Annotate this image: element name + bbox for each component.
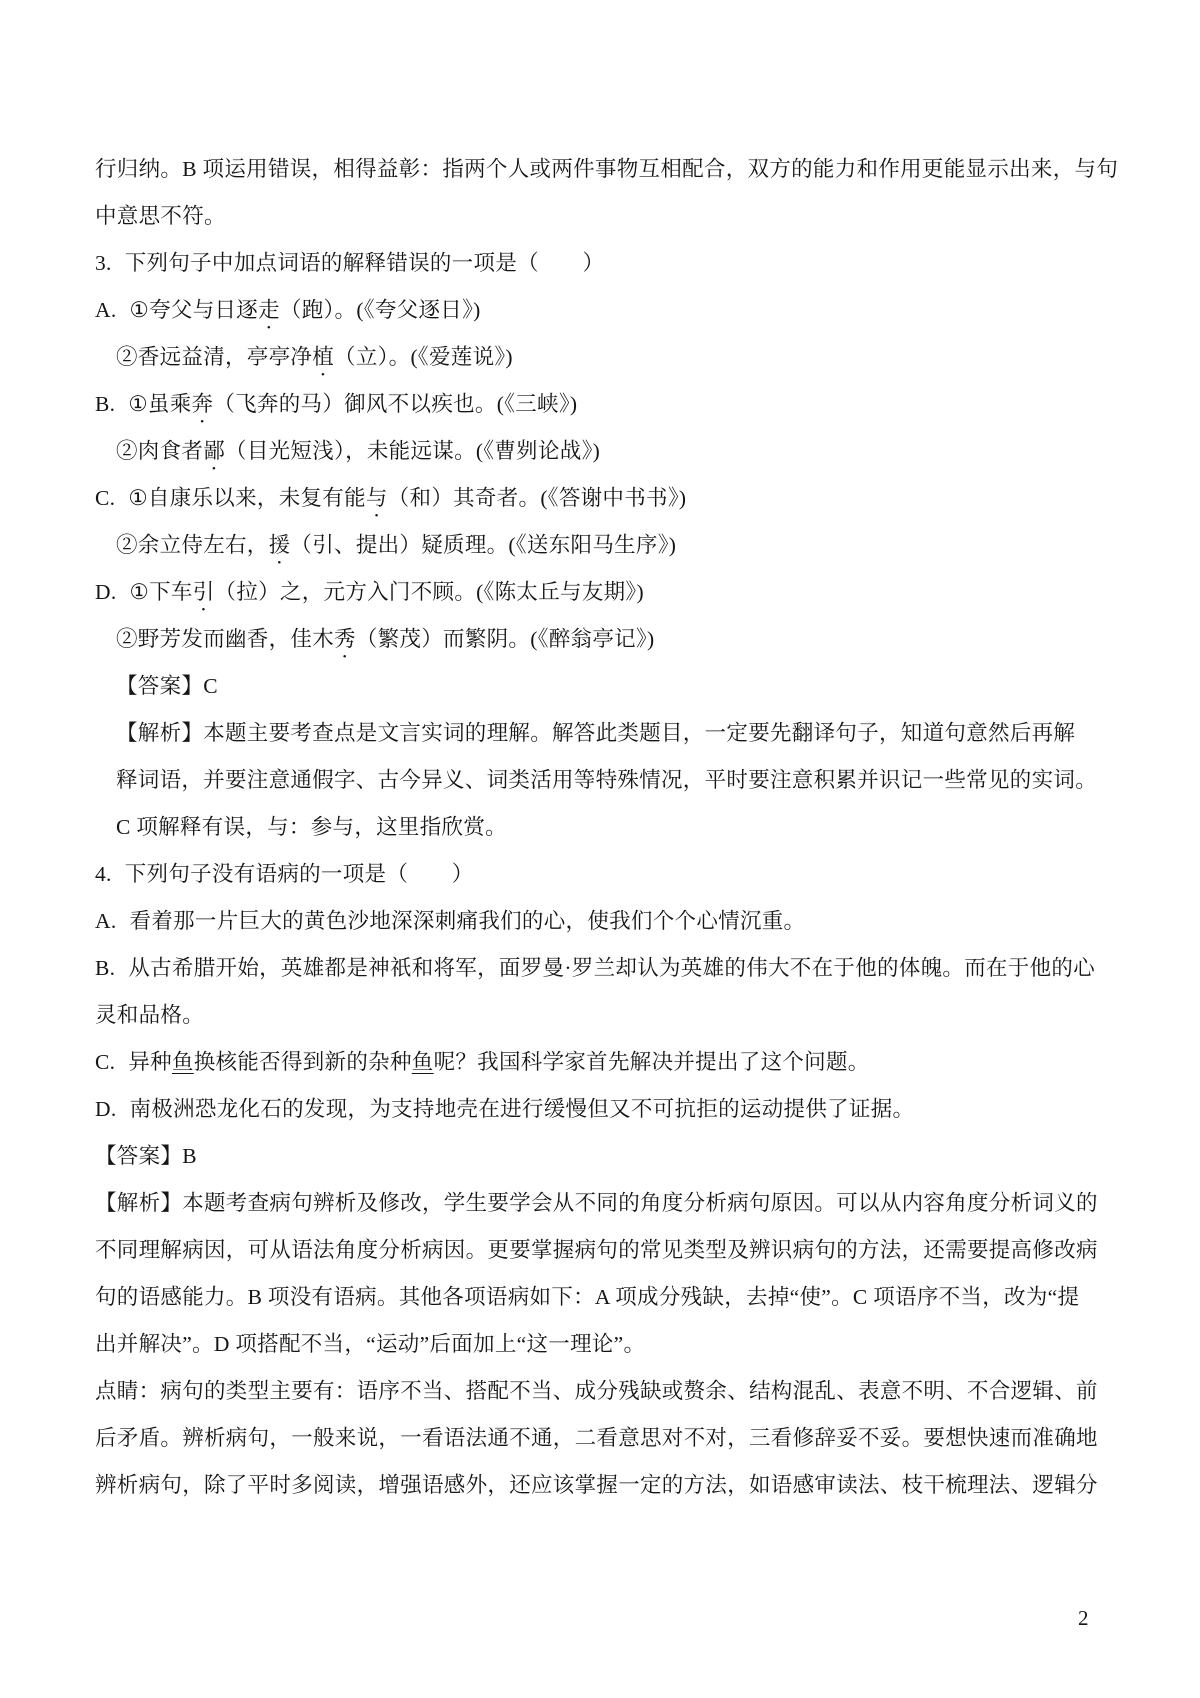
text-segment: ②野芳发而幽香，佳木 [116,627,334,651]
emphasis-dot-word: 秀 [334,627,356,651]
text-segment: 从古希腊开始，英雄都是神祇和将军，面罗曼·罗兰却认为英雄的伟大不在于他的体魄。而… [128,956,1095,980]
text-line: 【解析】本题考查病句辨析及修改，学生要学会从不同的角度分析病句原因。可以从内容角… [95,1180,1125,1227]
item-label: A. [95,909,117,933]
text-segment: 下列句子中加点词语的解释错误的一项是（ ） [125,251,605,275]
text-line: D.南极洲恐龙化石的发现，为支持地壳在进行缓慢但又不可抗拒的运动提供了证据。 [95,1086,1125,1133]
emphasis-dot-word: 与 [366,486,388,510]
item-label: C. [95,486,115,510]
text-segment: ①夸父与日逐 [130,298,259,322]
text-line: ②余立侍左右，援（引、提出）疑质理。(《送东阳马生序》) [95,522,1125,569]
item-label: 4. [95,862,112,886]
text-line: C.异种鱼换核能否得到新的杂种鱼呢？我国科学家首先解决并提出了这个问题。 [95,1039,1125,1086]
text-segment: 不同理解病因，可从语法角度分析病因。更要掌握病句的常见类型及辨识病句的方法，还需… [95,1238,1098,1262]
text-segment: 句的语感能力。B 项没有语病。其他各项语病如下：A 项成分残缺，去掉“使”。C … [95,1285,1079,1309]
text-segment: （繁茂）而繁阴。(《醉翁亭记》) [356,627,655,651]
text-line: 灵和品格。 [95,992,1125,1039]
item-label: A. [95,298,117,322]
emphasis-dot-word: 引 [193,580,215,604]
text-segment: ①虽乘 [128,392,191,416]
item-label: 3. [95,251,112,275]
text-segment: 下列句子没有语病的一项是（ ） [125,862,474,886]
text-segment: C 项解释有误，与：参与，这里指欣赏。 [116,815,507,839]
text-segment: 【解析】本题主要考查点是文言实词的理解。解答此类题目，一定要先翻译句子，知道句意… [116,721,1075,745]
text-segment: 后矛盾。辨析病句，一般来说，一看语法通不通，二看意思对不对，三看修辞妥不妥。要想… [95,1426,1098,1450]
text-line: 【解析】本题主要考查点是文言实词的理解。解答此类题目，一定要先翻译句子，知道句意… [95,710,1125,757]
text-line: 3.下列句子中加点词语的解释错误的一项是（ ） [95,240,1125,287]
text-line: 4.下列句子没有语病的一项是（ ） [95,851,1125,898]
text-segment: 南极洲恐龙化石的发现，为支持地壳在进行缓慢但又不可抗拒的运动提供了证据。 [130,1097,915,1121]
text-segment: 中意思不符。 [95,204,226,228]
underlined-word: 鱼 [172,1050,194,1074]
text-segment: 释词语，并要注意通假字、古今异义、词类活用等特殊情况，平时要注意积累并识记一些常… [116,768,1097,792]
text-segment: 【解析】本题考查病句辨析及修改，学生要学会从不同的角度分析病句原因。可以从内容角… [95,1191,1098,1215]
emphasis-dot-word: 走 [258,298,280,322]
text-line: 后矛盾。辨析病句，一般来说，一看语法通不通，二看意思对不对，三看修辞妥不妥。要想… [95,1415,1125,1462]
emphasis-dot-word: 援 [269,533,291,557]
text-line: 不同理解病因，可从语法角度分析病因。更要掌握病句的常见类型及辨识病句的方法，还需… [95,1227,1125,1274]
text-segment: （和）其奇者。(《答谢中书书》) [388,486,687,510]
text-line: 【答案】B [95,1133,1125,1180]
text-line: D.①下车引（拉）之，元方入门不顾。(《陈太丘与友期》) [95,569,1125,616]
emphasis-dot-word: 鄙 [203,439,225,463]
text-segment: （拉）之，元方入门不顾。(《陈太丘与友期》) [215,580,644,604]
text-line: 中意思不符。 [95,193,1125,240]
text-line: ②肉食者鄙（目光短浅），未能远谋。(《曹刿论战》) [95,428,1125,475]
text-segment: 行归纳。B 项运用错误，相得益彰：指两个人或两件事物互相配合，双方的能力和作用更… [95,157,1118,181]
text-segment: 出并解决”。D 项搭配不当，“运动”后面加上“这一理论”。 [95,1332,645,1356]
text-line: C 项解释有误，与：参与，这里指欣赏。 [95,804,1125,851]
text-line: 【答案】C [95,663,1125,710]
text-line: 点睛：病句的类型主要有：语序不当、搭配不当、成分残缺或赘余、结构混乱、表意不明、… [95,1368,1125,1415]
text-segment: 【答案】C [116,674,218,698]
text-segment: 点睛：病句的类型主要有：语序不当、搭配不当、成分残缺或赘余、结构混乱、表意不明、… [95,1379,1098,1403]
text-segment: ①下车 [130,580,193,604]
text-line: B.从古希腊开始，英雄都是神祇和将军，面罗曼·罗兰却认为英雄的伟大不在于他的体魄… [95,945,1125,992]
text-line: 句的语感能力。B 项没有语病。其他各项语病如下：A 项成分残缺，去掉“使”。C … [95,1274,1125,1321]
text-segment: ②肉食者 [116,439,203,463]
document-body: 行归纳。B 项运用错误，相得益彰：指两个人或两件事物互相配合，双方的能力和作用更… [95,146,1125,1509]
emphasis-dot-word: 奔 [192,392,214,416]
item-label: D. [95,1097,117,1121]
text-segment: 灵和品格。 [95,1003,204,1027]
text-line: B.①虽乘奔（飞奔的马）御风不以疾也。(《三峡》) [95,381,1125,428]
page-number: 2 [1078,1598,1089,1638]
text-line: 释词语，并要注意通假字、古今异义、词类活用等特殊情况，平时要注意积累并识记一些常… [95,757,1125,804]
text-segment: 【答案】B [95,1144,197,1168]
text-line: A.①夸父与日逐走（跑）。(《夸父逐日》) [95,287,1125,334]
emphasis-dot-word: 植 [312,345,334,369]
text-line: ②香远益清，亭亭净植（立）。(《爱莲说》) [95,334,1125,381]
text-segment: （引、提出）疑质理。(《送东阳马生序》) [290,533,676,557]
text-line: ②野芳发而幽香，佳木秀（繁茂）而繁阴。(《醉翁亭记》) [95,616,1125,663]
text-line: C.①自康乐以来，未复有能与（和）其奇者。(《答谢中书书》) [95,475,1125,522]
text-segment: （跑）。(《夸父逐日》) [280,298,481,322]
text-segment: 看着那一片巨大的黄色沙地深深刺痛我们的心，使我们个个心情沉重。 [130,909,806,933]
text-segment: 异种 [128,1050,172,1074]
text-line: 出并解决”。D 项搭配不当，“运动”后面加上“这一理论”。 [95,1321,1125,1368]
text-line: 辨析病句，除了平时多阅读，增强语感外，还应该掌握一定的方法，如语感审读法、枝干梳… [95,1462,1125,1509]
text-segment: 呢？我国科学家首先解决并提出了这个问题。 [434,1050,870,1074]
text-segment: （目光短浅），未能远谋。(《曹刿论战》) [225,439,600,463]
exam-page: 行归纳。B 项运用错误，相得益彰：指两个人或两件事物互相配合，双方的能力和作用更… [0,0,1200,1698]
text-segment: （飞奔的马）御风不以疾也。(《三峡》) [213,392,577,416]
text-segment: ②余立侍左右， [116,533,269,557]
text-segment: 辨析病句，除了平时多阅读，增强语感外，还应该掌握一定的方法，如语感审读法、枝干梳… [95,1473,1098,1497]
item-label: C. [95,1050,115,1074]
item-label: B. [95,956,115,980]
text-segment: （立）。(《爱莲说》) [334,345,513,369]
text-segment: 换核能否得到新的杂种 [194,1050,412,1074]
underlined-word: 鱼 [412,1050,434,1074]
text-line: 行归纳。B 项运用错误，相得益彰：指两个人或两件事物互相配合，双方的能力和作用更… [95,146,1125,193]
item-label: D. [95,580,117,604]
item-label: B. [95,392,115,416]
text-segment: ①自康乐以来，未复有能 [128,486,366,510]
text-line: A.看着那一片巨大的黄色沙地深深刺痛我们的心，使我们个个心情沉重。 [95,898,1125,945]
text-segment: ②香远益清，亭亭净 [116,345,312,369]
